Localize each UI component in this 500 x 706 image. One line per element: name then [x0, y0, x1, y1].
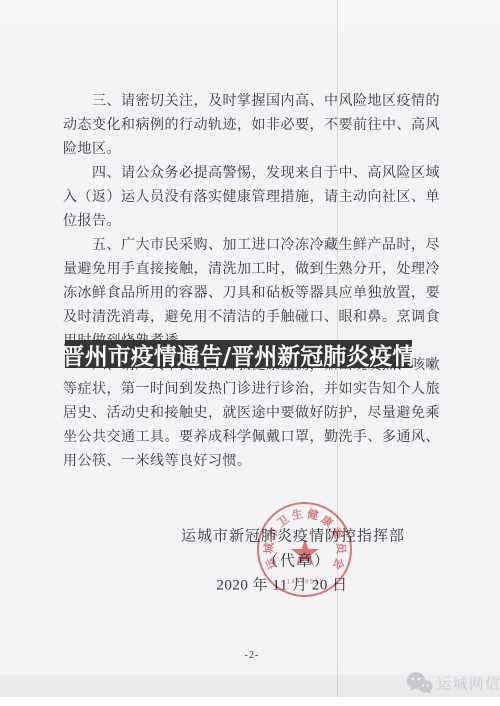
notice-paragraph-4: 四、请公众务必提高警惕，发现来自于中、高风险区域入（返）运人员没有落实健康管理措…	[63, 162, 440, 234]
signature-org: 运城市新冠肺炎疫情防控指挥部	[181, 525, 405, 546]
notice-paragraph-5: 五、广大市民采购、加工进口冷冻冷藏生鲜产品时，尽量避免用手直接接触，清洗加工时，…	[63, 234, 440, 354]
scanned-paper: 三、请密切关注，及时掌握国内高、中风险地区疫情的动态变化和病例的行动轨迹，如非必…	[0, 0, 500, 697]
paper-bottom-edge	[0, 697, 500, 706]
screenshot-root: 三、请密切关注，及时掌握国内高、中风险地区疫情的动态变化和病例的行动轨迹，如非必…	[0, 0, 500, 706]
notice-body: 三、请密切关注，及时掌握国内高、中风险地区疫情的动态变化和病例的行动轨迹，如非必…	[63, 90, 440, 474]
signature-date: 2020 年 11 月 20 日	[216, 574, 347, 595]
notice-paragraph-6: 六、请广大市民做好自我健康监测，如出现发热、咳嗽等症状，第一时间到发热门诊进行诊…	[63, 354, 440, 474]
notice-paragraph-3: 三、请密切关注，及时掌握国内高、中风险地区疫情的动态变化和病例的行动轨迹，如非必…	[63, 90, 440, 162]
signature-seal-note: （代章）	[263, 550, 331, 571]
overlay-banner-title: 晋州市疫情通告/晋州新冠肺炎疫情	[62, 338, 415, 371]
watermark: 运城网信	[406, 671, 500, 695]
page-number: -2-	[245, 650, 260, 661]
overlay-banner: 晋州市疫情通告/晋州新冠肺炎疫情	[65, 340, 412, 368]
wechat-icon	[406, 671, 433, 695]
watermark-text: 运城网信	[437, 673, 500, 694]
